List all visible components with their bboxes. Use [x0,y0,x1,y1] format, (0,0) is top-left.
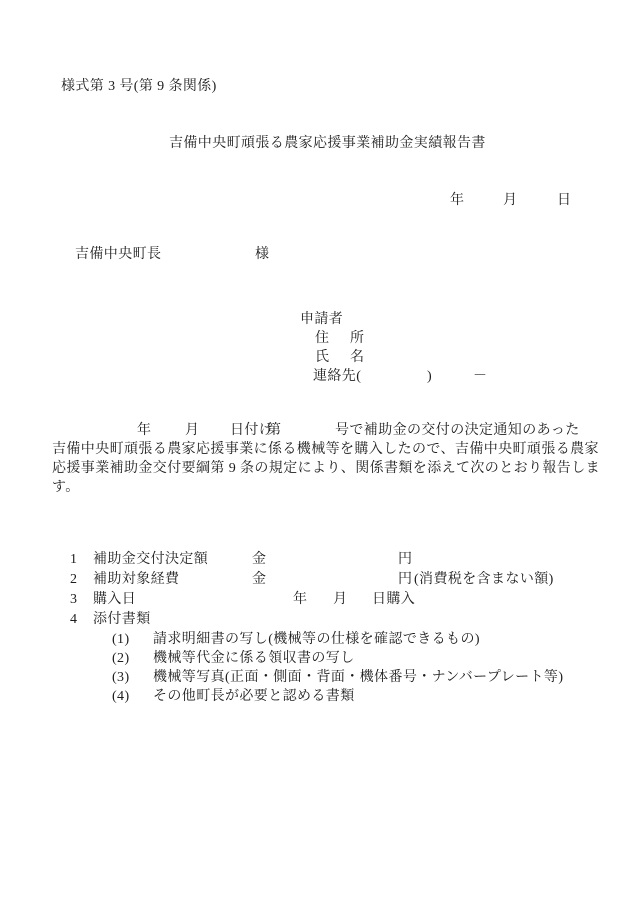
body-paragraph-line-4: す。 [52,480,80,496]
body-paragraph-line-3: 応援事業補助金交付要綱第 9 条の規定により、関係書類を添えて次のとおり報告しま [52,461,600,477]
honorific: 様 [255,247,269,263]
body-dai-label: 第 [267,423,281,439]
purchase-month-label: 月 [333,592,347,608]
purchase-day-label: 日購入 [372,592,415,608]
attachment-number: (2) [112,651,130,667]
body-paragraph-line-2: 吉備中央町頑張る農家応援事業に係る機械等を購入したので、吉備中央町頑張る農家 [52,442,599,458]
contact-dash: － [473,369,487,385]
attachment-text: その他町長が必要と認める書類 [153,689,355,705]
body-paragraph-line-1: 年 月 日付け 第 号で補助金の交付の決定通知のあった [52,423,68,535]
item-label: 補助金交付決定額 [93,552,208,568]
item-label: 購入日 [93,592,136,608]
tax-note: (消費税を含まない額) [414,572,554,588]
kin-label: 金 [252,572,266,588]
applicant-heading: 申請者 [300,312,343,328]
body-year-label: 年 [137,423,151,439]
document-title: 吉備中央町頑張る農家応援事業補助金実績報告書 [169,136,486,152]
kin-label: 金 [252,552,266,568]
attachment-number: (4) [112,689,130,705]
name-label-2: 名 [350,350,364,366]
item-number: 3 [70,592,77,608]
body-line1-rest: 号で補助金の交付の決定通知のあった [335,423,580,439]
date-line: 年 月 日 [450,193,466,273]
body-month-label: 月 [185,423,199,439]
item-number: 1 [70,552,77,568]
yen-label: 円 [398,552,412,568]
attachment-number: (3) [112,670,130,686]
purchase-year-label: 年 [293,592,307,608]
item-number: 2 [70,572,77,588]
address-label-1: 住 [315,331,329,347]
attachment-text: 機械等代金に係る領収書の写し [153,651,355,667]
attachment-row-4: (4) その他町長が必要と認める書類 [112,689,128,753]
document-page: 様式第 3 号(第 9 条関係) 吉備中央町頑張る農家応援事業補助金実績報告書 … [0,0,630,903]
date-month-label: 月 [503,193,517,209]
yen-label: 円 [398,572,412,588]
attachment-text: 機械等写真(正面・側面・背面・機体番号・ナンバープレート等) [153,670,563,686]
item-label: 補助対象経費 [93,572,179,588]
attachment-number: (1) [112,632,130,648]
contact-label: 連絡先( [313,369,361,385]
contact-paren-close: ) [427,369,432,385]
date-year-label: 年 [450,193,464,209]
item-label: 添付書類 [93,612,151,628]
item-row-4: 4 添付書類 [70,612,86,676]
name-label-1: 氏 [315,350,329,366]
address-label-2: 所 [350,331,364,347]
attachment-text: 請求明細書の写し(機械等の仕様を確認できるもの) [153,632,480,648]
addressee-name: 吉備中央町長 [75,247,161,263]
item-number: 4 [70,612,77,628]
form-number: 様式第 3 号(第 9 条関係) [61,79,217,95]
addressee-line: 吉備中央町長 様 [75,247,91,311]
date-day-label: 日 [557,193,571,209]
applicant-contact-line: 連絡先( ) － [313,369,329,449]
